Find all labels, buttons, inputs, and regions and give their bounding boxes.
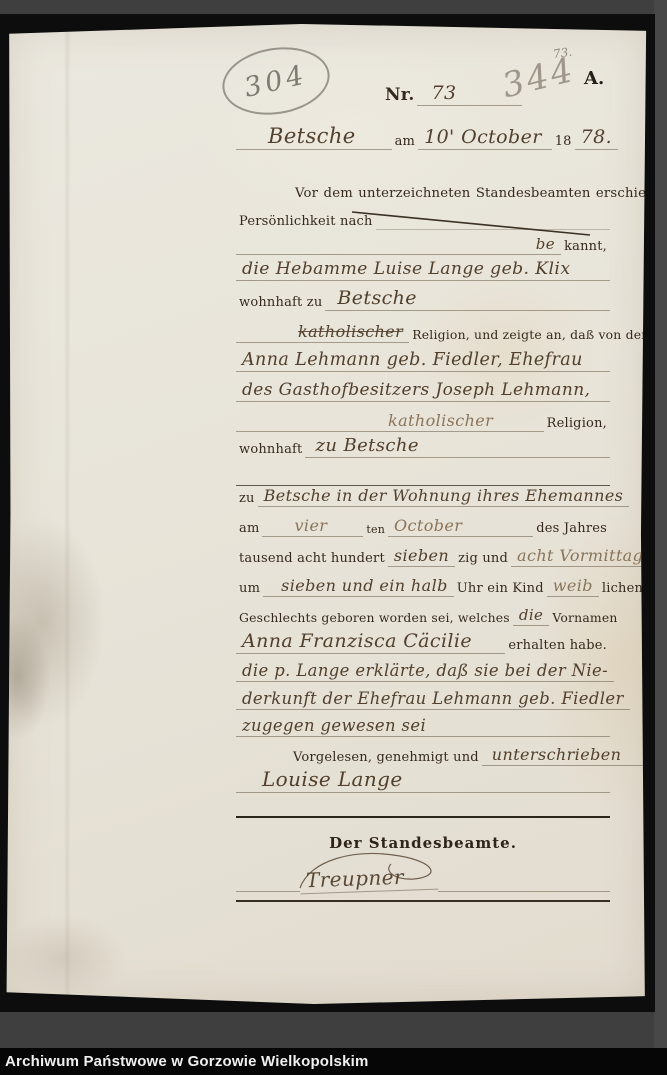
- archive-watermark-text: Archiwum Państwowe w Gorzowie Wielkopols…: [0, 1053, 369, 1070]
- geburtstag-line-rule: [262, 522, 288, 537]
- geschlecht-line-seg2: die: [513, 606, 549, 626]
- vater-line-rule: [596, 387, 610, 402]
- nr-line-rule: [470, 91, 522, 106]
- erklaerung3-line-rule: [432, 722, 610, 737]
- registrar-line-rule-left: [236, 877, 300, 892]
- uhr-line: umsieben und ein halbUhr ein Kindweiblic…: [236, 575, 610, 597]
- archive-watermark-bar: Archiwum Państwowe w Gorzowie Wielkopols…: [0, 1048, 667, 1075]
- geburtstag-line-seg7: des Jahres: [533, 521, 610, 537]
- hebamme-line: die Hebamme Luise Lange geb. Klix: [236, 259, 610, 281]
- geburtstag-line: amviertenOctoberdes Jahres: [236, 515, 610, 537]
- nr-line: Nr.73: [236, 84, 610, 106]
- persoenlichkeit-line: Persönlichkeit nach: [236, 208, 610, 230]
- uhr-line-seg5: lichen: [599, 581, 646, 597]
- geschlecht-line-seg4: Vornamen: [549, 610, 620, 626]
- blank-line: [236, 464, 610, 486]
- vornamen-line-seg2: erhalten habe.: [505, 638, 610, 654]
- geburtstag-line-seg5: October: [388, 516, 478, 537]
- jahr-line-seg3: acht Vormittag: [511, 546, 649, 567]
- wohnhaft2-line-seg0: wohnhaft: [236, 442, 305, 458]
- vorgelesen-line-seg0: Vorgelesen, genehmigt und: [290, 750, 482, 766]
- wohnhaft2-line: wohnhaftzu Betsche: [236, 436, 610, 458]
- divider-above-registrar: [236, 816, 610, 818]
- vater-line-seg0: des Gasthofbesitzers Joseph Lehmann,: [236, 380, 596, 402]
- religion1-line-rule: [236, 328, 292, 343]
- geburtstag-line-seg4: ten: [363, 523, 388, 537]
- intro-line-seg0: Vor dem unterzeichneten Standesbeamten e…: [292, 186, 667, 202]
- date-line-seg2: am: [392, 134, 418, 150]
- geschlecht-line-seg0: Geschlechts geboren worden sei, welches: [236, 610, 513, 626]
- registrar-line-rule-right: [438, 877, 610, 892]
- vorgelesen-line-seg1: unterschrieben: [482, 745, 647, 766]
- registrar-line: Treupner: [236, 868, 610, 892]
- date-line: Betscheam10' October1878.: [236, 122, 610, 150]
- divider-below-registrar: [236, 900, 610, 902]
- unterschrift-line-rule: [236, 778, 256, 793]
- uhr-line-rule: [263, 582, 275, 597]
- jahr-line-seg2: zig und: [455, 551, 511, 567]
- nr-line-seg1: 73: [417, 82, 470, 106]
- ort-line: zuBetsche in der Wohnung ihres Ehemannes: [236, 485, 610, 507]
- unterschrift-line-seg1: Louise Lange: [256, 767, 449, 793]
- nr-line-seg0: Nr.: [382, 85, 417, 106]
- wohnhaft2-line-rule: [455, 443, 610, 458]
- geschlecht-line: Geschlechts geboren worden sei, welchesd…: [236, 604, 610, 626]
- wohnhaft2-line-seg1: zu Betsche: [305, 435, 454, 458]
- erklaerung2-line-seg0: derkunft der Ehefrau Lehmann geb. Fiedle…: [236, 689, 630, 710]
- vater-line: des Gasthofbesitzers Joseph Lehmann,: [236, 380, 610, 402]
- registrar-label: Der Standesbeamte.: [236, 834, 610, 852]
- intro-line: Vor dem unterzeichneten Standesbeamten e…: [236, 180, 610, 202]
- religion2-line-rule: [236, 417, 382, 432]
- wohnhaft1-line: wohnhaft zuBetsche: [236, 289, 610, 311]
- geburtstag-line-seg2: vier: [288, 516, 343, 537]
- persoenlichkeit-line-rule: [376, 215, 610, 230]
- erklaerung3-line: zugegen gewesen sei: [236, 715, 610, 737]
- uhr-line-seg2: sieben und ein halb: [275, 576, 454, 597]
- religion2-line-rule: [499, 417, 543, 432]
- registrar-signature: Treupner: [300, 864, 439, 895]
- bekannt-line: bekannt,: [236, 233, 610, 255]
- geburtstag-line-seg0: am: [236, 521, 262, 537]
- religion2-line-seg3: Religion,: [544, 416, 610, 432]
- blank-line-rule: [236, 471, 610, 486]
- vornamen-line-seg0: Anna Franzisca Cäcilie: [236, 630, 494, 654]
- religion1-line: katholischerReligion, und zeigte an, daß…: [236, 321, 610, 343]
- vorgelesen-line: Vorgelesen, genehmigt undunterschrieben: [236, 744, 610, 766]
- date-line-seg4: 18: [552, 134, 575, 150]
- jahr-line-seg1: sieben: [388, 546, 455, 567]
- religion1-line-seg1: katholischer: [292, 322, 409, 343]
- hebamme-line-seg0: die Hebamme Luise Lange geb. Klix: [236, 259, 576, 281]
- erklaerung2-line: derkunft der Ehefrau Lehmann geb. Fiedle…: [236, 688, 610, 710]
- wohnhaft1-line-seg0: wohnhaft zu: [236, 295, 325, 311]
- bekannt-line-seg1: be: [530, 235, 561, 255]
- date-line-seg3: 10' October: [418, 126, 552, 150]
- religion2-line-seg1: katholischer: [382, 411, 499, 432]
- unterschrift-line-rule: [449, 778, 610, 793]
- uhr-line-seg4: weib: [547, 576, 599, 597]
- erklaerung1-line-seg0: die p. Lange erklärte, daß sie bei der N…: [236, 661, 614, 682]
- scanned-register-photo: { "annotations":{ "circled_number":"304"…: [0, 0, 667, 1075]
- geburtstag-line-rule: [343, 522, 363, 537]
- bekannt-line-seg2: kannt,: [561, 239, 610, 255]
- ort-line-seg1: Betsche in der Wohnung ihres Ehemannes: [258, 486, 630, 507]
- wohnhaft1-line-rule: [463, 296, 610, 311]
- erklaerung1-line: die p. Lange erklärte, daß sie bei der N…: [236, 660, 610, 682]
- register-page: 304 73. 344 A. Der Standesbeamte. Treupn…: [4, 22, 650, 1006]
- bekannt-line-rule: [236, 240, 530, 255]
- vornamen-line: Anna Franzisca Cäcilieerhalten habe.: [236, 632, 610, 654]
- uhr-line-seg3: Uhr ein Kind: [454, 581, 547, 597]
- date-line-rule: [236, 135, 262, 150]
- form-body: Der Standesbeamte. Treupner Nr.73Betsche…: [236, 22, 610, 1006]
- date-line-seg5: 78.: [575, 126, 618, 150]
- mutter-line-seg0: Anna Lehmann geb. Fiedler, Ehefrau: [236, 350, 589, 372]
- religion1-line-seg2: Religion, und zeigte an, daß von der: [409, 327, 650, 343]
- vornamen-line-rule: [494, 639, 505, 654]
- erklaerung3-line-seg0: zugegen gewesen sei: [236, 716, 432, 737]
- geburtstag-line-rule: [478, 522, 533, 537]
- religion2-line: katholischerReligion,: [236, 410, 610, 432]
- unterschrift-line: Louise Lange: [236, 771, 610, 793]
- persoenlichkeit-line-seg0: Persönlichkeit nach: [236, 214, 376, 230]
- jahr-line: tausend acht hundertsiebenzig undacht Vo…: [236, 545, 610, 567]
- mutter-line-rule: [589, 357, 610, 372]
- photo-edge-strip: [654, 0, 667, 1048]
- uhr-line-seg0: um: [236, 581, 263, 597]
- date-line-seg1: Betsche: [262, 124, 392, 150]
- wohnhaft1-line-seg1: Betsche: [325, 287, 463, 311]
- ort-line-seg0: zu: [236, 491, 258, 507]
- mutter-line: Anna Lehmann geb. Fiedler, Ehefrau: [236, 350, 610, 372]
- hebamme-line-rule: [576, 266, 610, 281]
- jahr-line-seg0: tausend acht hundert: [236, 551, 388, 567]
